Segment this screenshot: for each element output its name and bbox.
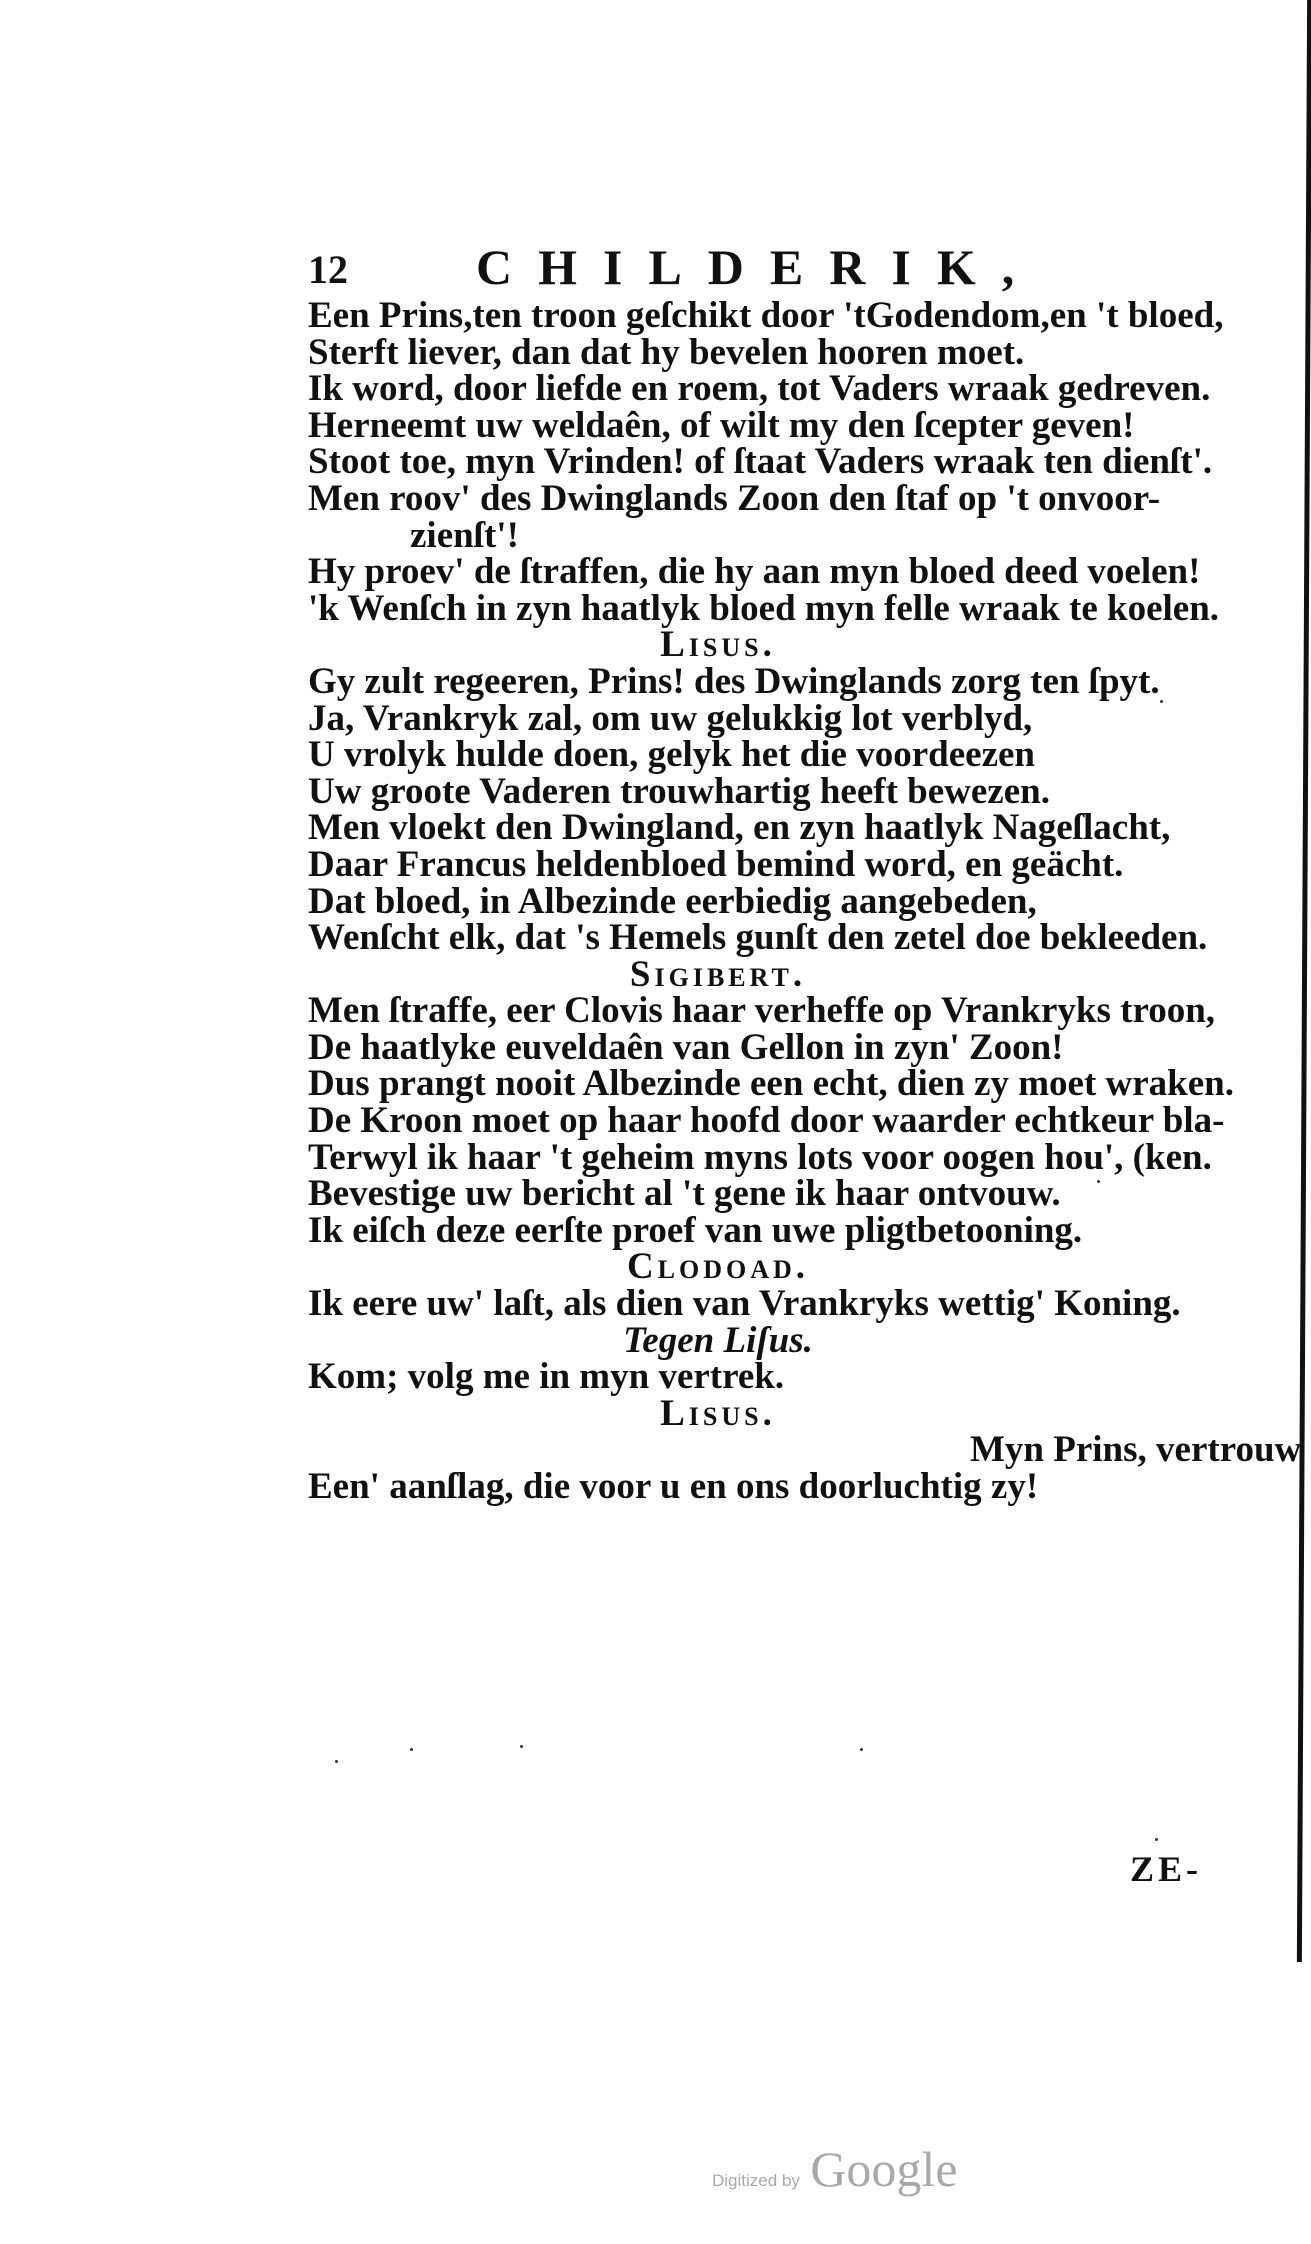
page-edge-border <box>1297 0 1311 1962</box>
verse-line: Ja, Vrankryk zal, om uw gelukkig lot ver… <box>308 701 1248 738</box>
verse-line: Een' aanſlag, die voor u en ons doorluch… <box>308 1469 1248 1506</box>
speaker-name: Lisus. <box>308 1396 1248 1433</box>
verse-line: Stoot toe, myn Vrinden! of ſtaat Vaders … <box>308 444 1248 481</box>
verse-line: Terwyl ik haar 't geheim myns lots voor … <box>308 1140 1248 1177</box>
verse-line: De Kroon moet op haar hoofd door waarder… <box>308 1103 1248 1140</box>
verse-line: Dus prangt nooit Albezinde een echt, die… <box>308 1066 1248 1103</box>
verse-line: Gy zult regeeren, Prins! des Dwinglands … <box>308 664 1248 701</box>
speaker-name: Clodoad. <box>308 1249 1248 1286</box>
running-head: 12 CHILDERIK, <box>308 238 1208 298</box>
book-page: 12 CHILDERIK, Een Prins,ten troon geſchi… <box>0 0 1311 2244</box>
speaker-name: Lisus. <box>308 627 1248 664</box>
digitized-watermark: Digitized by Google <box>712 2140 958 2198</box>
verse-line: Hy proev' de ſtraffen, die hy aan myn bl… <box>308 554 1248 591</box>
verse-line: De haatlyke euveldaên van Gellon in zyn'… <box>308 1030 1248 1067</box>
ink-speck <box>1097 1180 1100 1183</box>
verse-line: Wenſcht elk, dat 's Hemels gunſt den zet… <box>308 920 1248 957</box>
verse-line: Ik eiſch deze eerſte proef van uwe pligt… <box>308 1213 1248 1250</box>
verse-line: Sterft liever, dan dat hy bevelen hooren… <box>308 335 1248 372</box>
ink-speck <box>1155 1838 1158 1841</box>
verse-line: U vrolyk hulde doen, gelyk het die voord… <box>308 737 1248 774</box>
verse-line: Ik eere uw' laſt, als dien van Vrankryks… <box>308 1286 1248 1323</box>
running-title: CHILDERIK, <box>476 238 1040 296</box>
catchword: ZE- <box>1130 1848 1202 1890</box>
ink-speck <box>860 1748 863 1751</box>
verse-line: Herneemt uw weldaên, of wilt my den ſcep… <box>308 408 1248 445</box>
verse-line: Men ſtraffe, eer Clovis haar verheffe op… <box>308 993 1248 1030</box>
verse-half-line: Myn Prins, vertrouw aan my <box>308 1432 1248 1469</box>
verse-line: Daar Francus heldenbloed bemind word, en… <box>308 847 1248 884</box>
verse-line: Ik word, door liefde en roem, tot Vaders… <box>308 371 1248 408</box>
verse-line: 'k Wenſch in zyn haatlyk bloed myn felle… <box>308 591 1248 628</box>
verse-line: Men vloekt den Dwingland, en zyn haatlyk… <box>308 810 1248 847</box>
ink-speck <box>335 1760 338 1763</box>
stage-direction: Tegen Liſus. <box>308 1323 1248 1360</box>
verse-line: Een Prins,ten troon geſchikt door 'tGode… <box>308 298 1248 335</box>
google-logo: Google <box>810 2141 957 2197</box>
verse-line: Bevestige uw bericht al 't gene ik haar … <box>308 1176 1248 1213</box>
ink-speck <box>410 1748 413 1751</box>
ink-speck <box>1160 700 1163 703</box>
verse-line: Men roov' des Dwinglands Zoon den ſtaf o… <box>308 481 1248 518</box>
verse-line: Uw groote Vaderen trouwhartig heeft bewe… <box>308 774 1248 811</box>
verse-line: Kom; volg me in myn vertrek. <box>308 1359 1248 1396</box>
speaker-name: Sigibert. <box>308 957 1248 994</box>
page-number: 12 <box>308 246 348 293</box>
ink-speck <box>520 1745 523 1748</box>
watermark-prefix: Digitized by <box>712 2171 800 2190</box>
verse-line: Dat bloed, in Albezinde eerbiedig aangeb… <box>308 884 1248 921</box>
verse-text: Een Prins,ten troon geſchikt door 'tGode… <box>308 298 1248 1506</box>
verse-continuation: zienſt'! <box>308 518 1248 555</box>
